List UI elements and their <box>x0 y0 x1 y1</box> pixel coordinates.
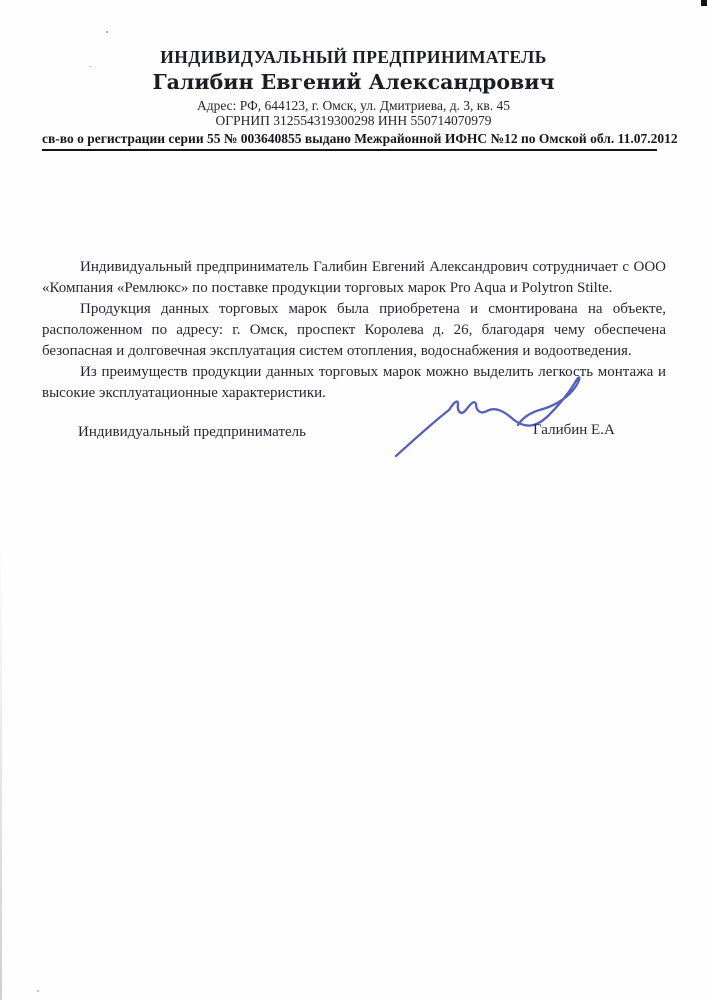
scanned-letter-page: ИНДИВИДУАЛЬНЫЙ ПРЕДПРИНИМАТЕЛЬ Галибин Е… <box>0 0 707 1000</box>
letterhead-registration: св-во о регистрации серии 55 № 003640855… <box>42 131 657 151</box>
scan-speck <box>106 31 108 33</box>
scan-corner-mark <box>701 0 707 6</box>
scan-edge-shade <box>0 540 2 1000</box>
signature-role-label: Индивидуальный предприниматель <box>78 424 306 441</box>
letterhead-ogrnip-inn: ОГРНИП 312554319300298 ИНН 550714070979 <box>0 114 707 129</box>
letterhead-address: Адрес: РФ, 644123, г. Омск, ул. Дмитриев… <box>0 99 707 114</box>
letterhead-org-type: ИНДИВИДУАЛЬНЫЙ ПРЕДПРИНИМАТЕЛЬ <box>0 46 707 68</box>
paragraph-cooperation: Индивидуальный предприниматель Галибин Е… <box>42 257 666 299</box>
signature-ink <box>385 368 585 463</box>
signature-name-label: Галибин Е.А <box>533 422 615 439</box>
letterhead-person-name: Галибин Евгений Александрович <box>0 69 707 96</box>
scan-speck <box>37 990 39 992</box>
paragraph-installation: Продукция данных торговых марок была при… <box>42 299 666 362</box>
letterhead: ИНДИВИДУАЛЬНЫЙ ПРЕДПРИНИМАТЕЛЬ Галибин Е… <box>0 0 707 151</box>
scan-speck <box>90 66 92 67</box>
